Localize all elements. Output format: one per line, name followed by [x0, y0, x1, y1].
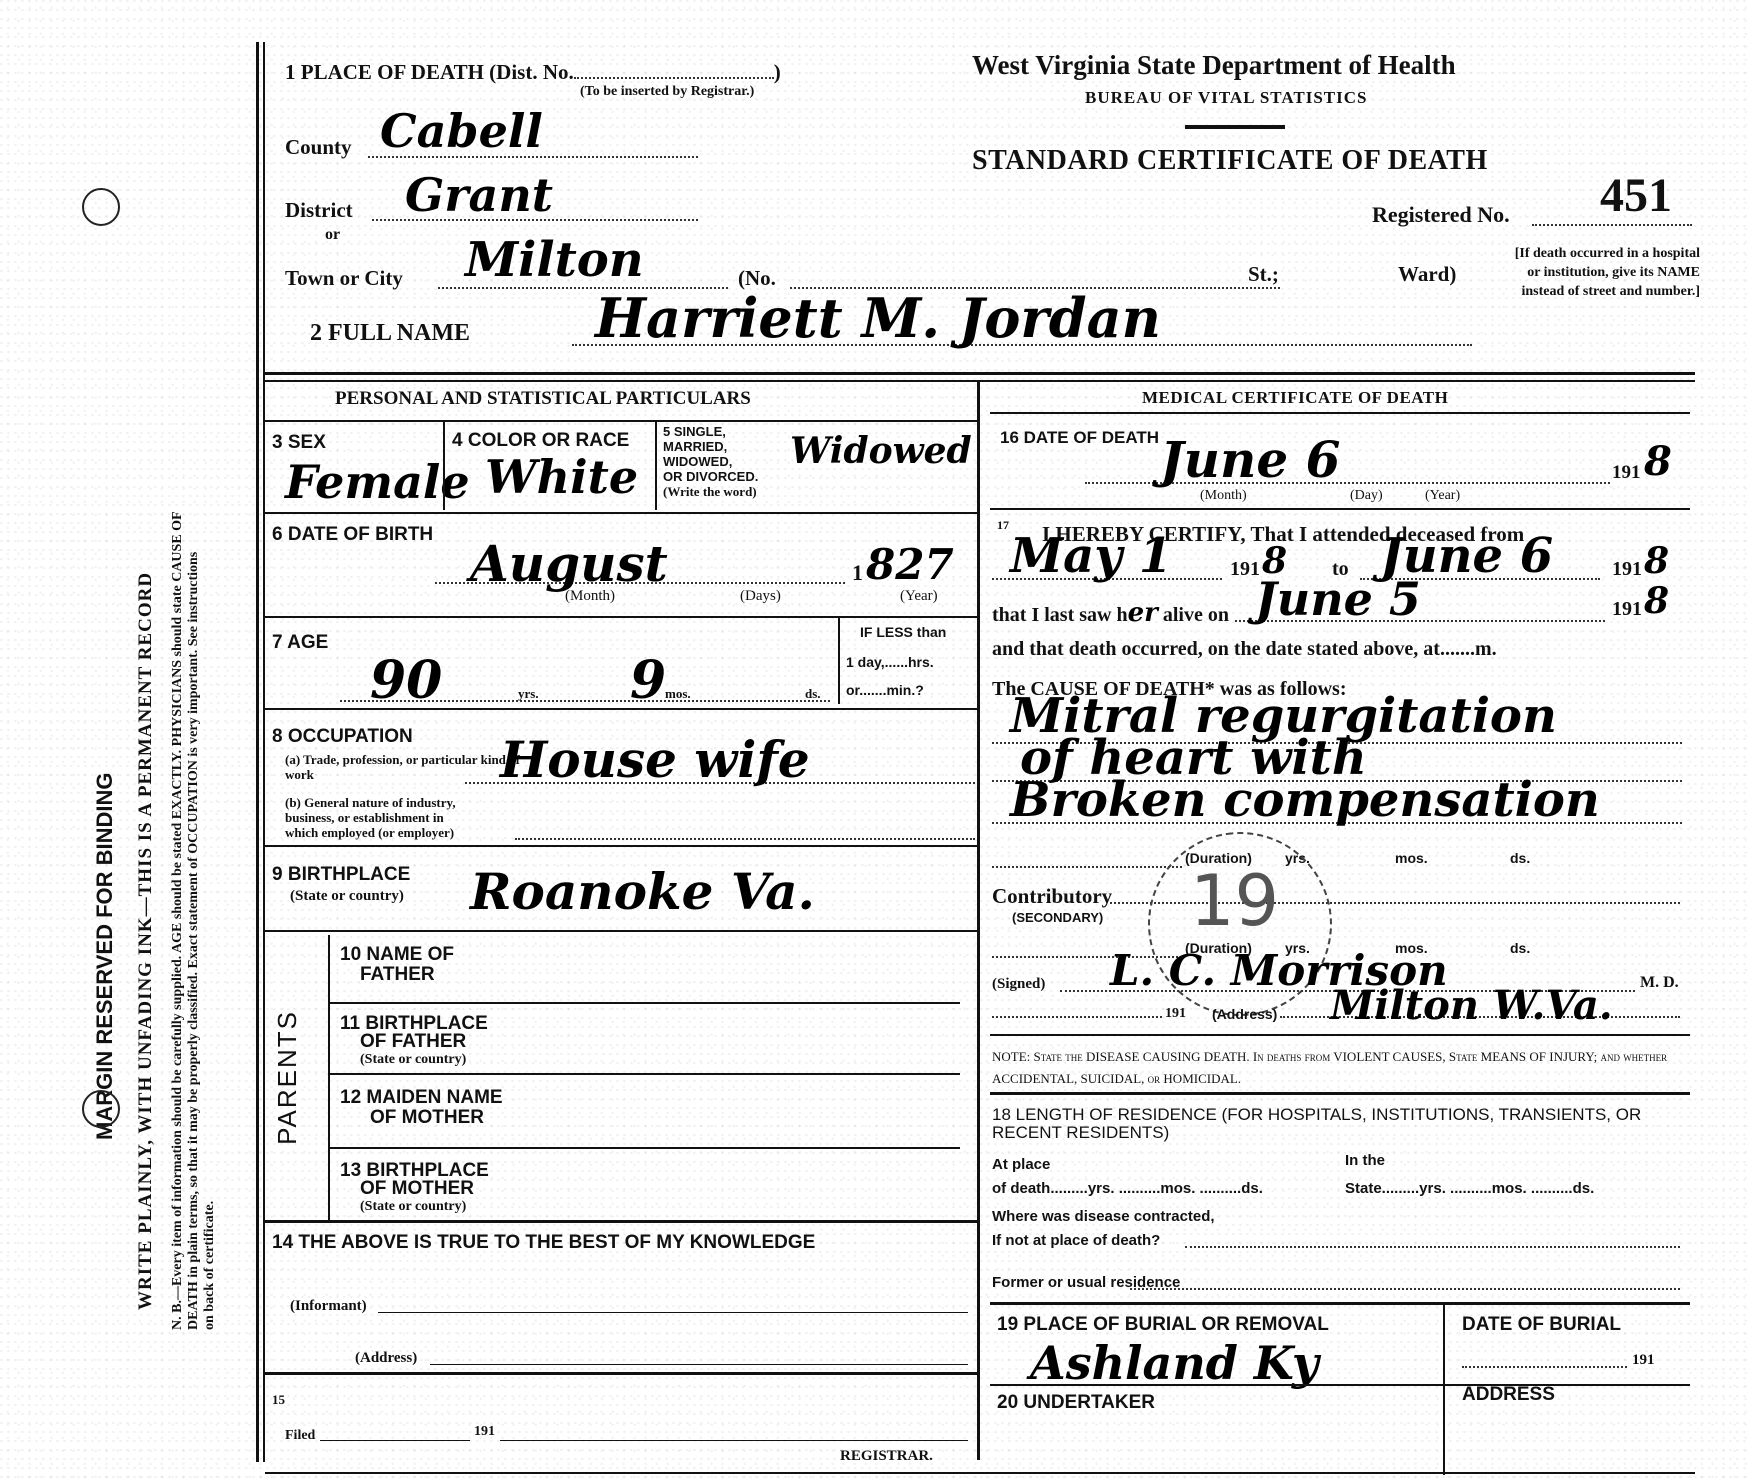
- department-title: West Virginia State Department of Health: [972, 50, 1456, 81]
- signed-year: 191: [1165, 1006, 1186, 1022]
- dob-year-caption: (Year): [900, 588, 938, 605]
- at-place-label: At place: [992, 1156, 1050, 1173]
- dod-value: June 6: [1160, 430, 1340, 489]
- contributory-label: Contributory: [992, 884, 1112, 909]
- dod-day-caption: (Day): [1350, 488, 1383, 504]
- town-label: Town or City: [285, 266, 403, 291]
- full-name-value: Harriett M. Jordan: [595, 286, 1161, 350]
- residence-label: 18 LENGTH OF RESIDENCE (FOR HOSPITALS, I…: [992, 1106, 1692, 1142]
- marital-value: Widowed: [790, 430, 972, 472]
- registered-no-label: Registered No.: [1372, 202, 1510, 228]
- md-label: M. D.: [1640, 974, 1679, 992]
- sex-label: 3 SEX: [272, 432, 326, 454]
- father-birthplace-label: 11 BIRTHPLACEOF FATHER(State or country): [340, 1015, 488, 1069]
- sex-value: Female: [285, 455, 470, 509]
- stamp-number: 19: [1190, 860, 1279, 942]
- if-less-hrs: 1 day,......hrs.: [846, 654, 934, 670]
- burial-place-label: 19 PLACE OF BURIAL OR REMOVAL: [997, 1314, 1329, 1336]
- border-left: [256, 42, 259, 1462]
- parents-label: PARENTS: [272, 1010, 303, 1145]
- note-text: NOTE: State the DISEASE CAUSING DEATH. I…: [992, 1046, 1692, 1090]
- filed-number: 15: [272, 1392, 285, 1408]
- bureau-title: BUREAU OF VITAL STATISTICS: [1085, 88, 1368, 108]
- where-contracted-label: Where was disease contracted,: [992, 1208, 1215, 1225]
- county-label: County: [285, 135, 352, 160]
- date-of-burial-label: DATE OF BURIAL: [1462, 1314, 1621, 1336]
- last-saw-date: June 5: [1255, 572, 1421, 626]
- hospital-note: [If death occurred in a hospital or inst…: [1510, 244, 1700, 301]
- undertaker-address-label: ADDRESS: [1462, 1384, 1555, 1406]
- burial-year: 191: [1632, 1352, 1655, 1369]
- in-the-label: In the: [1345, 1152, 1385, 1169]
- attended-to-year-prefix: 191: [1612, 558, 1642, 581]
- ward-label: Ward): [1398, 262, 1456, 287]
- nb-line-2: DEATH in plain terms, so that it may be …: [186, 70, 202, 1330]
- signed-label: (Signed): [992, 976, 1045, 993]
- in-state-duration: State.........yrs. ..........mos. ......…: [1345, 1180, 1594, 1197]
- duration-ds-2: ds.: [1510, 940, 1530, 956]
- duration-mos: mos.: [1395, 850, 1428, 866]
- race-label: 4 COLOR OR RACE: [452, 430, 629, 452]
- above-true-label: 14 THE ABOVE IS TRUE TO THE BEST OF MY K…: [272, 1232, 815, 1254]
- full-name-label: 2 FULL NAME: [310, 320, 470, 347]
- dob-year: 827: [866, 540, 954, 589]
- nb-line-3: on back of certificate.: [202, 1150, 218, 1330]
- last-saw-label: that I last saw her alive on: [992, 598, 1229, 628]
- punch-hole-icon: [82, 1090, 120, 1128]
- dob-month: August: [470, 534, 668, 593]
- if-not-label: If not at place of death?: [992, 1232, 1160, 1249]
- registrar-label: REGISTRAR.: [840, 1448, 933, 1465]
- attended-from-date: May 1: [1010, 528, 1172, 584]
- dob-days-caption: (Days): [740, 588, 781, 605]
- age-label: 7 AGE: [272, 632, 328, 654]
- dod-month-caption: (Month): [1200, 488, 1247, 504]
- medical-heading: MEDICAL CERTIFICATE OF DEATH: [1142, 388, 1448, 408]
- district-label: District: [285, 198, 353, 223]
- occupation-label: 8 OCCUPATION: [272, 726, 413, 748]
- filed-label: Filed: [285, 1428, 315, 1444]
- cause-line-3: Broken compensation: [1010, 772, 1600, 828]
- registered-no-value: 451: [1600, 168, 1672, 223]
- race-value: White: [485, 450, 638, 504]
- father-name-label: 10 NAME OFFATHER: [340, 945, 454, 985]
- physician-address-label: (Address): [1212, 1006, 1277, 1022]
- occupation-b-label: (b) General nature of industry,business,…: [285, 795, 456, 840]
- dod-label: 16 DATE OF DEATH: [1000, 428, 1159, 448]
- county-value: Cabell: [380, 104, 543, 158]
- write-plainly-note: WRITE PLAINLY, WITH UNFADING INK—THIS IS…: [135, 270, 157, 1310]
- occupation-a-label: (a) Trade, profession, or particular kin…: [285, 752, 525, 782]
- dod-year-caption: (Year): [1425, 488, 1460, 504]
- filed-year: 191: [474, 1424, 495, 1440]
- secondary-label: (SECONDARY): [1012, 910, 1103, 925]
- birthplace-sub: (State or country): [290, 888, 404, 905]
- column-divider: [977, 380, 980, 1460]
- last-saw-year: 8: [1644, 580, 1669, 622]
- nb-line-1: N. B.—Every item of information should b…: [170, 70, 186, 1330]
- birthplace-label: 9 BIRTHPLACE: [272, 864, 410, 886]
- informant-label: (Informant): [290, 1298, 367, 1315]
- physician-address: Milton W.Va.: [1330, 982, 1613, 1029]
- town-value: Milton: [465, 232, 644, 288]
- marital-label: 5 SINGLE,MARRIED,WIDOWED,OR DIVORCED.(Wr…: [663, 424, 758, 499]
- certificate-title: STANDARD CERTIFICATE OF DEATH: [972, 145, 1488, 177]
- binding-margin-note: MARGIN RESERVED FOR BINDING: [92, 240, 118, 1140]
- dob-month-caption: (Month): [565, 588, 615, 605]
- mother-maiden-name-label: 12 MAIDEN NAMEOF MOTHER: [340, 1088, 503, 1128]
- at-place-duration: of death.........yrs. ..........mos. ...…: [992, 1180, 1263, 1197]
- or-label: or: [325, 226, 340, 244]
- if-less-than: IF LESS than: [860, 624, 946, 640]
- if-less-min: or.......min.?: [846, 682, 924, 698]
- registrar-note: (To be inserted by Registrar.): [580, 84, 754, 100]
- dob-label: 6 DATE OF BIRTH: [272, 524, 433, 546]
- birthplace-value: Roanoke Va.: [470, 862, 815, 921]
- border-left-inner: [263, 42, 265, 1462]
- place-of-death-label: 1 PLACE OF DEATH (Dist. No.): [285, 60, 781, 85]
- burial-place-value: Ashland Ky: [1030, 1336, 1319, 1390]
- attended-to-year: 8: [1644, 540, 1669, 582]
- punch-hole-icon: [82, 188, 120, 226]
- mother-birthplace-label: 13 BIRTHPLACEOF MOTHER(State or country): [340, 1162, 489, 1216]
- street-label: St.;: [1248, 262, 1279, 287]
- undertaker-label: 20 UNDERTAKER: [997, 1392, 1155, 1414]
- dod-year-prefix: 191: [1612, 462, 1641, 484]
- dob-year-prefix: 1: [852, 560, 863, 586]
- dod-year: 8: [1644, 438, 1672, 485]
- death-occurred-text: and that death occurred, on the date sta…: [992, 638, 1497, 661]
- last-saw-year-prefix: 191: [1612, 598, 1642, 621]
- certify-number: 17: [997, 518, 1009, 533]
- occupation-value: House wife: [500, 730, 810, 789]
- duration-ds: ds.: [1510, 850, 1530, 866]
- district-value: Grant: [405, 168, 553, 222]
- personal-heading: PERSONAL AND STATISTICAL PARTICULARS: [335, 388, 751, 410]
- informant-address-label: (Address): [355, 1350, 417, 1367]
